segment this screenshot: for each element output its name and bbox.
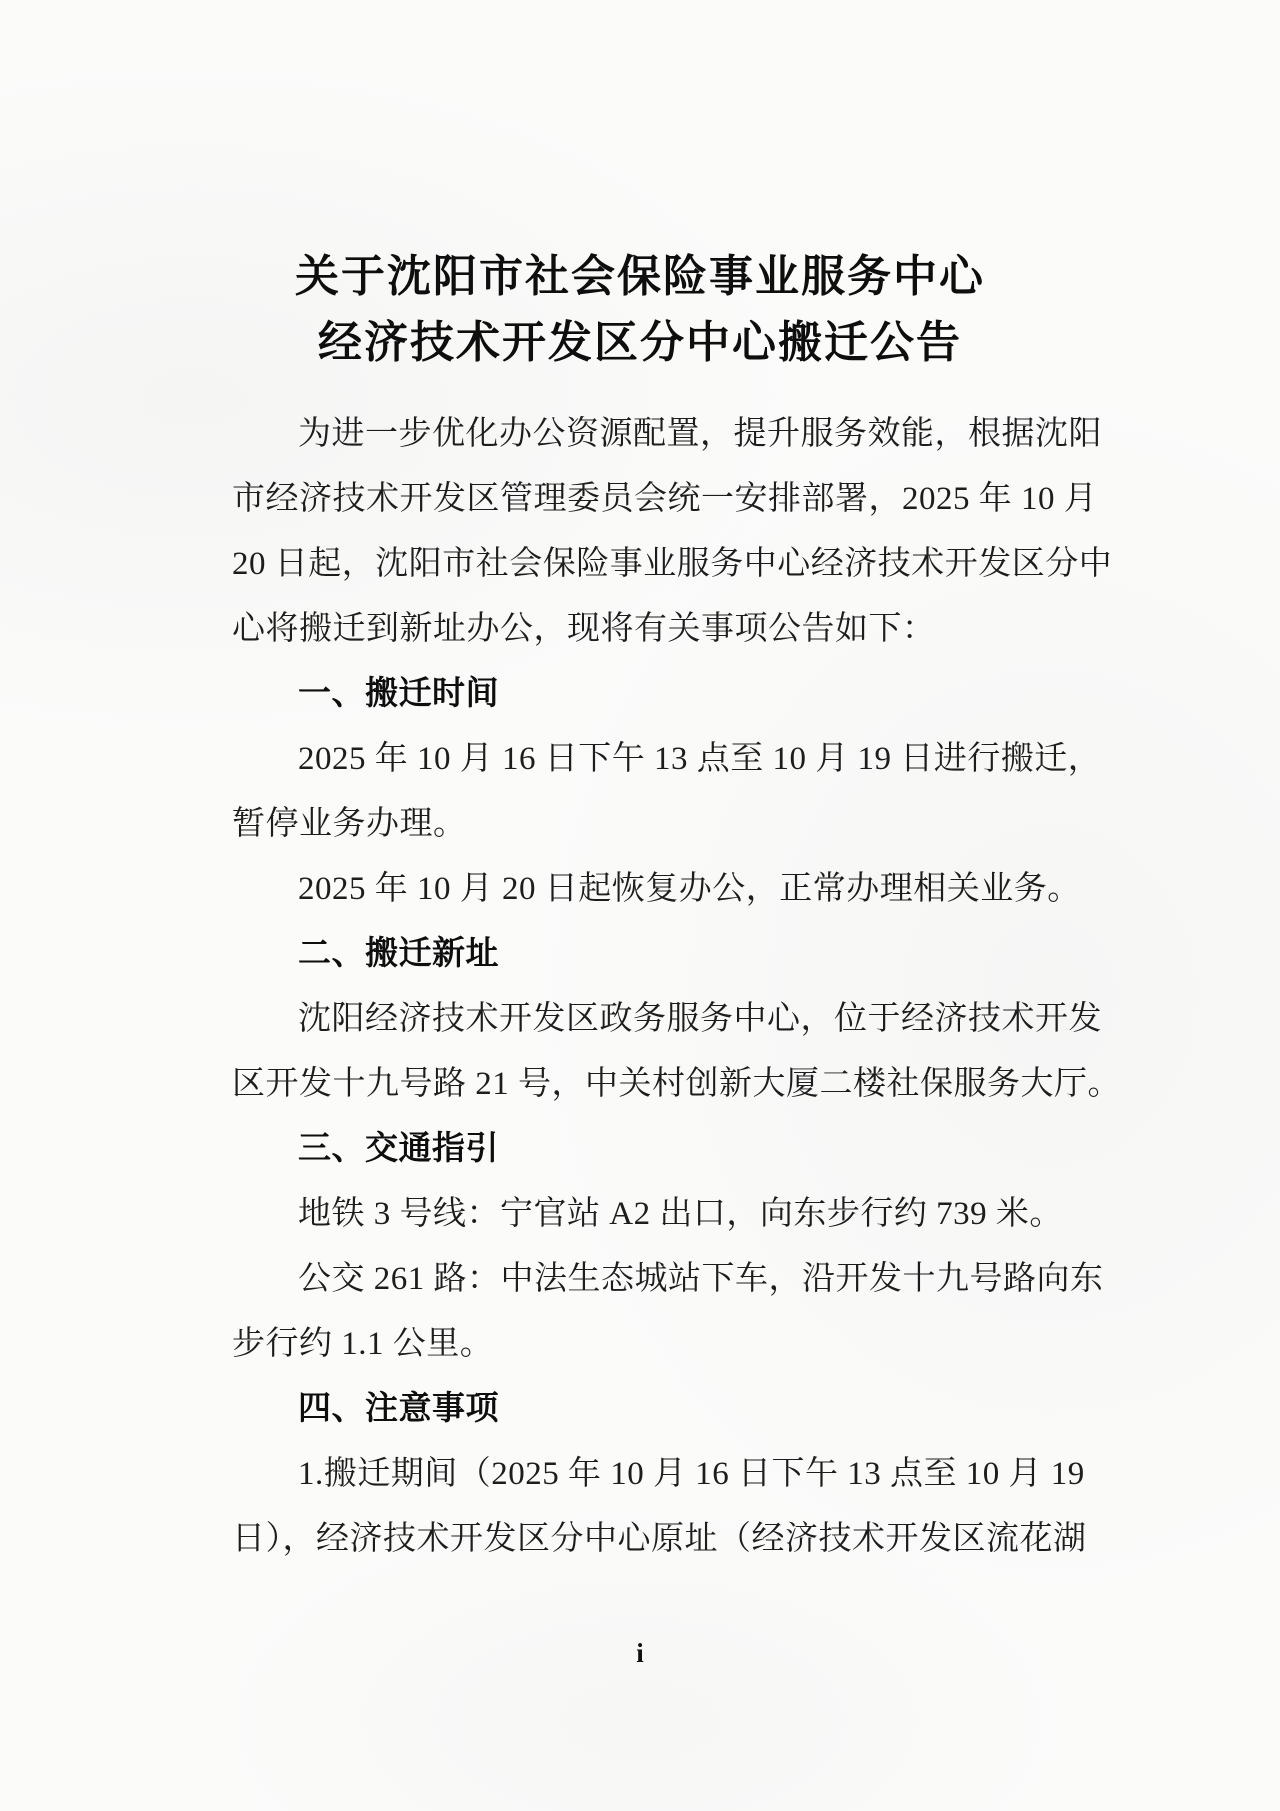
document-line: 市经济技术开发区管理委员会统一安排部署，2025 年 10 月 — [232, 467, 1060, 532]
document-line: 1.搬迁期间（2025 年 10 月 16 日下午 13 点至 10 月 19 — [232, 1442, 1060, 1507]
document-line: 公交 261 路：中法生态城站下车，沿开发十九号路向东 — [232, 1247, 1060, 1312]
document-line: 暂停业务办理。 — [232, 792, 1060, 857]
scanned-announcement-page: 关于沈阳市社会保险事业服务中心 经济技术开发区分中心搬迁公告 为进一步优化办公资… — [0, 0, 1280, 1811]
document-line: 步行约 1.1 公里。 — [232, 1312, 1060, 1377]
document-title-line2: 经济技术开发区分中心搬迁公告 — [0, 310, 1280, 376]
section-heading: 一、搬迁时间 — [232, 662, 1060, 727]
section-heading: 三、交通指引 — [232, 1117, 1060, 1182]
section-heading: 二、搬迁新址 — [232, 922, 1060, 987]
document-title-line1: 关于沈阳市社会保险事业服务中心 — [0, 244, 1280, 310]
document-line: 20 日起，沈阳市社会保险事业服务中心经济技术开发区分中 — [232, 532, 1060, 597]
document-title: 关于沈阳市社会保险事业服务中心 经济技术开发区分中心搬迁公告 — [0, 244, 1280, 376]
document-body: 为进一步优化办公资源配置，提升服务效能，根据沈阳市经济技术开发区管理委员会统一安… — [232, 402, 1060, 1572]
document-line: 2025 年 10 月 16 日下午 13 点至 10 月 19 日进行搬迁， — [232, 727, 1060, 792]
document-line: 为进一步优化办公资源配置，提升服务效能，根据沈阳 — [232, 402, 1060, 467]
document-line: 沈阳经济技术开发区政务服务中心，位于经济技术开发 — [232, 987, 1060, 1052]
document-line: 2025 年 10 月 20 日起恢复办公，正常办理相关业务。 — [232, 857, 1060, 922]
section-heading: 四、注意事项 — [232, 1377, 1060, 1442]
document-line: 地铁 3 号线：宁官站 A2 出口，向东步行约 739 米。 — [232, 1182, 1060, 1247]
document-line: 区开发十九号路 21 号，中关村创新大厦二楼社保服务大厅。 — [232, 1052, 1060, 1117]
document-line: 心将搬迁到新址办公，现将有关事项公告如下： — [232, 597, 1060, 662]
page-number: i — [0, 1638, 1280, 1668]
document-line: 日），经济技术开发区分中心原址（经济技术开发区流花湖 — [232, 1507, 1060, 1572]
